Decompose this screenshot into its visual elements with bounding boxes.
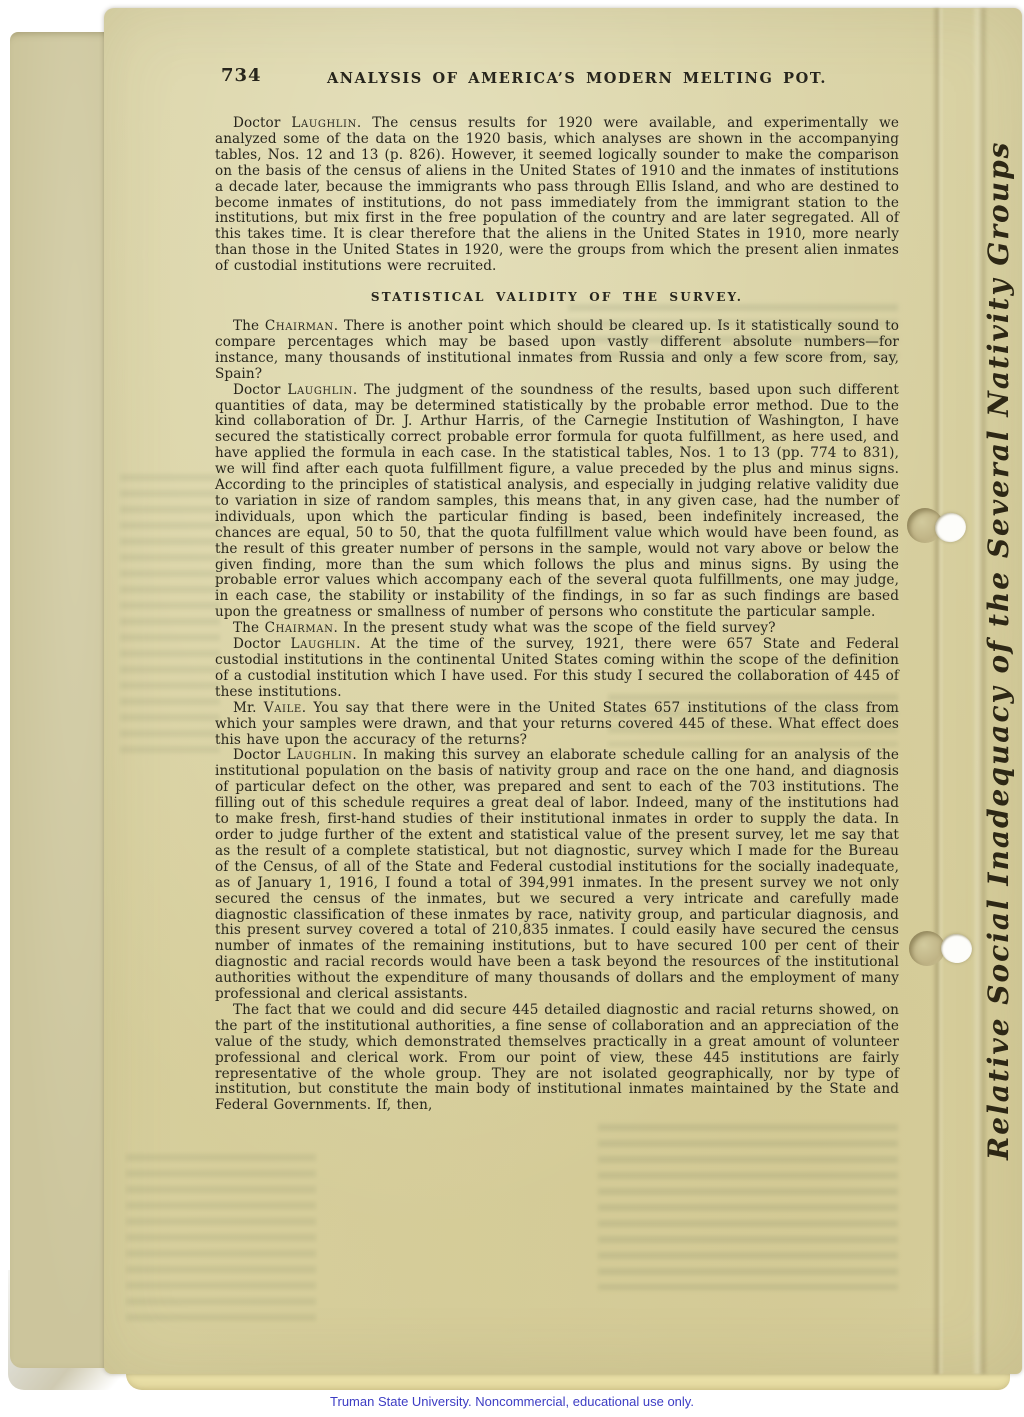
paragraph: Doctor Laughlin. In making this survey a… xyxy=(215,748,899,1003)
paragraph: The Chairman. In the present study what … xyxy=(215,621,899,637)
speaker-lead: Doctor xyxy=(233,115,291,131)
vertical-crease xyxy=(932,8,944,1374)
speaker-lead: The xyxy=(233,318,265,334)
paragraph: Doctor Laughlin. The census results for … xyxy=(215,116,899,275)
hole-punch-depression-bottom xyxy=(909,931,945,966)
speaker-lead: Doctor xyxy=(233,382,287,398)
speaker-lead: Doctor xyxy=(233,747,287,763)
paragraph-text: The fact that we could and did secure 44… xyxy=(215,1002,899,1113)
section-heading: STATISTICAL VALIDITY OF THE SURVEY. xyxy=(215,290,899,306)
paragraph: Doctor Laughlin. At the time of the surv… xyxy=(215,637,899,701)
page-header: 734 ANALYSIS OF AMERICA’S MODERN MELTING… xyxy=(215,68,899,92)
paragraph-text: . The judgment of the soundness of the r… xyxy=(215,382,899,621)
under-page-left-edge xyxy=(10,32,118,1368)
speaker-name: Laughlin xyxy=(287,382,353,398)
paragraph-text: . In making this survey an elaborate sch… xyxy=(215,747,899,1002)
paragraph-text: . In the present study what was the scop… xyxy=(333,620,775,636)
page-number: 734 xyxy=(221,68,262,84)
speaker-name: Laughlin xyxy=(291,115,357,131)
handwritten-margin-note: Relative Social Inadequacy of the Severa… xyxy=(982,260,1022,1160)
scanned-page: 734 ANALYSIS OF AMERICA’S MODERN MELTING… xyxy=(8,6,1022,1390)
speaker-lead: The xyxy=(233,620,265,636)
paragraph: The fact that we could and did secure 44… xyxy=(215,1003,899,1114)
speaker-lead: Doctor xyxy=(233,636,291,652)
speaker-name: Chairman xyxy=(265,318,334,334)
speaker-name: Chairman xyxy=(265,620,334,636)
speaker-name: Vaile xyxy=(264,700,302,716)
paragraph-text: . You say that there were in the United … xyxy=(215,700,899,748)
paragraph: Doctor Laughlin. The judgment of the sou… xyxy=(215,383,899,622)
footer-attribution: Truman State University. Noncommercial, … xyxy=(0,1394,1024,1409)
speaker-lead: Mr. xyxy=(233,700,264,716)
text-block: 734 ANALYSIS OF AMERICA’S MODERN MELTING… xyxy=(215,68,899,1114)
paragraph-text: . The census results for 1920 were avail… xyxy=(215,115,899,274)
paragraph: The Chairman. There is another point whi… xyxy=(215,319,899,383)
paragraph: Mr. Vaile. You say that there were in th… xyxy=(215,701,899,749)
speaker-name: Laughlin xyxy=(291,636,357,652)
running-title: ANALYSIS OF AMERICA’S MODERN MELTING POT… xyxy=(285,71,869,87)
speaker-name: Laughlin xyxy=(287,747,353,763)
